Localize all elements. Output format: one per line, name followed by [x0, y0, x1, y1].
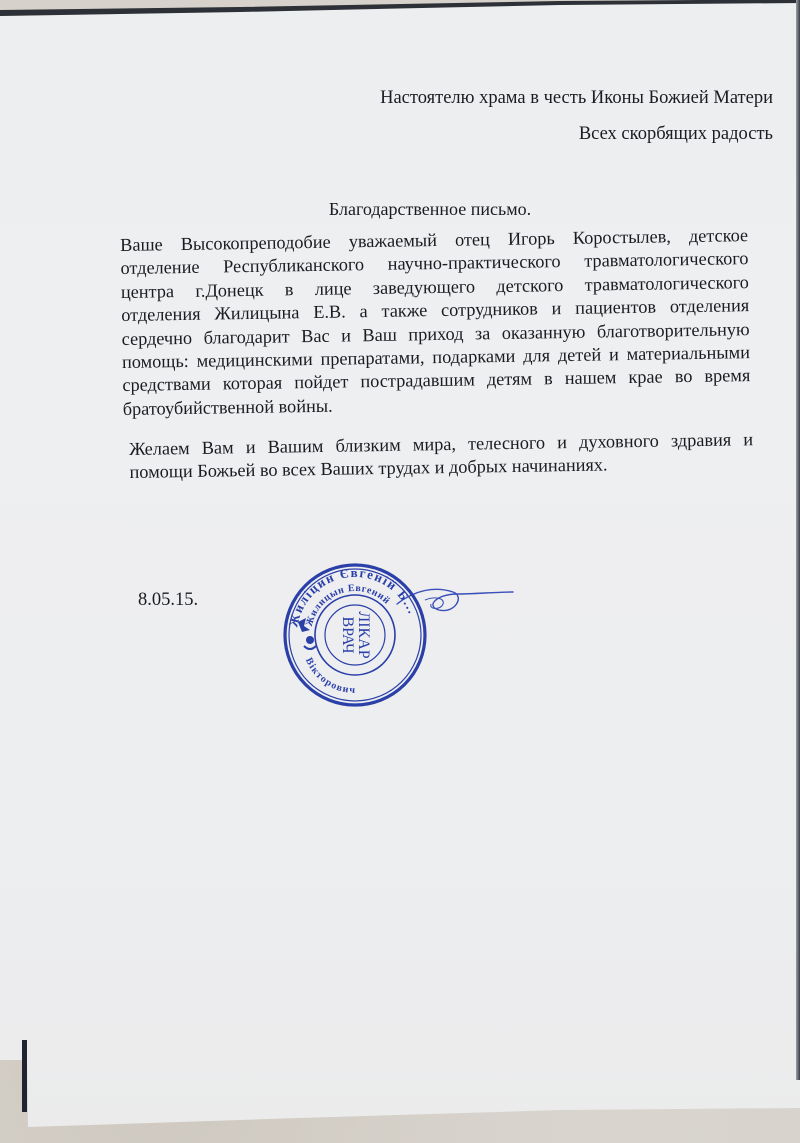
official-stamp-icon: Жилiцин Євгенiй Б... Жилицын Евгений Вiк… [280, 560, 430, 710]
addressee-block: Настоятелю храма в честь Иконы Божией Ма… [380, 80, 773, 152]
addressee-line-2: Всех скорбящих радость [380, 116, 773, 152]
addressee-line-1: Настоятелю храма в честь Иконы Божией Ма… [380, 80, 773, 116]
stamp-center-line-1: ЛІКАР [355, 611, 372, 658]
letter-content: Настоятелю храма в честь Иконы Божией Ма… [0, 0, 800, 1143]
paragraph-gratitude: Ваше Высокопреподобие уважаемый отец Иго… [120, 224, 751, 421]
stamp-center-line-2: ВРАЧ [339, 616, 356, 653]
letter-title: Благодарственное письмо. [0, 199, 800, 220]
letter-date: 8.05.15. [138, 590, 198, 611]
paragraph-wishes: Желаем Вам и Вашим близким мира, телесно… [129, 428, 754, 485]
